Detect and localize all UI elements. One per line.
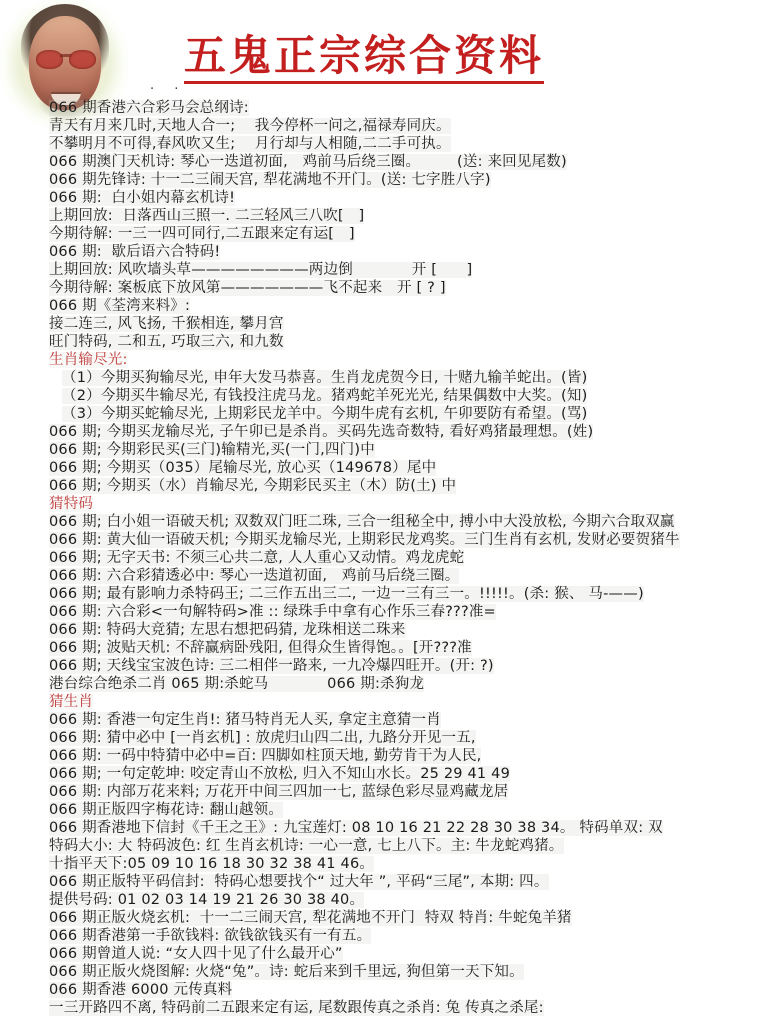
text-line: 066 期: 香港一句定生肖!: 猪马特肖无人买, 拿定主意猜一肖 <box>49 711 757 729</box>
text-line: 066 期: 内部万花来料; 万花开中间三四加一七, 蓝绿色彩尽显鸡藏龙居 <box>49 783 757 801</box>
text-line: 066 期; 今期买（水）肖输尽光, 今期彩民买主（木）防(土) 中 <box>49 477 757 495</box>
text-line-content: 066 期; 无字天书: 不须三心共二意, 人人重心又动情。鸡龙虎蛇 <box>49 550 464 566</box>
text-line-content: （2）今期买牛输尽光, 有钱投注虎马龙。猪鸡蛇羊死光光, 结果偶数中大奖。(知) <box>62 388 587 404</box>
text-line-content: 066 期; 波贴天机: 不辞赢病卧残阳, 但得众生皆得饱。。[开???准 <box>49 640 472 656</box>
page-title: 五鬼正宗综合资料 <box>184 34 544 84</box>
text-line-content: 066 期; 今期买（035）尾输尽光, 放心买（149678）尾中 <box>49 460 436 476</box>
text-line: 猜特码 <box>49 495 757 513</box>
text-line-content: 066 期先锋诗: 十一二三闹天宫, 犁花满地不开门。(送: 七字胜八字) <box>49 172 491 188</box>
text-line-content: 066 期正版火烧玄机: 十一二三闹天宫, 犁花满地不开门 特双 特肖: 牛蛇兔… <box>49 910 572 926</box>
text-line-content: 上期回放: 日落西山三照一. 二三轻风三八吹[ ] <box>49 208 364 224</box>
text-line: 066 期香港六合彩马会总纲诗: <box>49 99 757 117</box>
text-line: 066 期香港 6000 元传真料 <box>49 981 757 999</box>
red-sunglasses <box>35 50 97 70</box>
text-line-content: 066 期正版特平码信封: 特码心想要找个“ 过大年 ”, 平码“三尾”, 本期… <box>49 874 549 890</box>
text-line: 066 期正版火烧玄机: 十一二三闹天宫, 犁花满地不开门 特双 特肖: 牛蛇兔… <box>49 909 757 927</box>
text-line-content: 066 期: 六合彩<一句解特码>准 :: 绿珠手中拿有心作乐三春???准= <box>49 604 496 620</box>
text-line: 066 期: 六合彩猜透必中: 琴心一迭道初面, 鸡前马后绕三圈。 <box>49 567 757 585</box>
text-line: 特码大小: 大 特码波色: 红 生肖玄机诗: 一心一意, 七上八下。主: 牛龙蛇… <box>49 837 757 855</box>
sunglasses-right-lens <box>69 50 96 69</box>
text-body: 066 期香港六合彩马会总纲诗:青天有月来几时,天地人合一; 我今停杯一问之,福… <box>49 99 757 1017</box>
text-line: 066 期香港地下信封《千王之王》: 九宝莲灯: 08 10 16 21 22 … <box>49 819 757 837</box>
text-line: 十指平天下:05 09 10 16 18 30 32 38 41 46。 <box>49 855 757 873</box>
text-line-content: 猜特码 <box>49 496 93 512</box>
text-line: 066 期; 一句定乾坤: 咬定青山不放松, 归入不知山水长。25 29 41 … <box>49 765 757 783</box>
text-line: 066 期正版火烧图解: 火烧“兔”。诗: 蛇后来到千里远, 狗但第一天下知。 <box>49 963 757 981</box>
text-line-content: （3）今期买蛇输尽光, 上期彩民龙羊中。今期牛虎有玄机, 午卯要防有希望。(骂) <box>62 406 587 422</box>
text-line-content: 066 期; 今期买龙输尽光, 子午卯已是杀肖。买码先选奇数特, 看好鸡猪最理想… <box>49 424 593 440</box>
text-line: 066 期香港第一手欲钱料: 欲钱欲钱买有一有五。 <box>49 927 757 945</box>
text-line: 066 期澳门天机诗: 琴心一迭道初面, 鸡前马后绕三圈。 (送: 来回见尾数) <box>49 153 757 171</box>
text-line-content: 066 期香港地下信封《千王之王》: 九宝莲灯: 08 10 16 21 22 … <box>49 820 663 836</box>
text-line-content: 今期待解: 一三一四可同行,二五跟来定有运[ ] <box>49 226 355 242</box>
text-line-content: 066 期澳门天机诗: 琴心一迭道初面, 鸡前马后绕三圈。 (送: 来回见尾数) <box>49 154 567 170</box>
text-line-content: 提供号码: 01 02 03 14 19 21 26 30 38 40。 <box>49 892 364 908</box>
text-line: 今期待解: 一三一四可同行,二五跟来定有运[ ] <box>49 225 757 243</box>
title-dots: · · <box>150 82 186 97</box>
text-line: 上期回放: 风吹墙头草————————两边倒 开 [ ] <box>49 261 757 279</box>
text-line-content: 港台综合绝杀二肖 065 期:杀蛇马 066 期:杀狗龙 <box>49 676 424 692</box>
text-line-content: 猜生肖 <box>49 694 93 710</box>
text-line: 066 期: 六合彩<一句解特码>准 :: 绿珠手中拿有心作乐三春???准= <box>49 603 757 621</box>
text-line-content: 接二连三, 风飞扬, 千猴相连, 攀月宫 <box>49 316 284 332</box>
text-line: 066 期先锋诗: 十一二三闹天宫, 犁花满地不开门。(送: 七字胜八字) <box>49 171 757 189</box>
text-line-content: 不攀明月不可得,春风吹又生; 月行却与人相随,二二手可执。 <box>49 136 451 152</box>
text-line-content: 066 期: 猜中必中 [一肖玄机] : 放虎归山四二出, 九路分开见一五, <box>49 730 476 746</box>
text-line-content: 066 期正版火烧图解: 火烧“兔”。诗: 蛇后来到千里远, 狗但第一天下知。 <box>49 964 524 980</box>
text-line: 今期待解: 案板底下放风第———————飞不起来 开 [ ? ] <box>49 279 757 297</box>
text-line: 066 期《荃湾来料》: <box>49 297 757 315</box>
text-line-content: 生肖输尽光: <box>49 352 128 368</box>
text-line: 066 期: 猜中必中 [一肖玄机] : 放虎归山四二出, 九路分开见一五, <box>49 729 757 747</box>
text-line-content: 旺门特码, 二和五, 巧取三六, 和九数 <box>49 334 284 350</box>
text-line: 066 期: 白小姐内幕玄机诗! <box>49 189 757 207</box>
text-line: 066 期; 今期彩民买(三门)输精光,买(一门,四门)中 <box>49 441 757 459</box>
text-line-content: 066 期: 六合彩猜透必中: 琴心一迭道初面, 鸡前马后绕三圈。 <box>49 568 459 584</box>
text-line-content: 一三开路四不离, 特码前二五跟来定有运, 尾数跟传真之杀肖: 兔 传真之杀尾: <box>49 1000 544 1016</box>
text-line-content: （1）今期买狗输尽光, 申年大发马恭喜。生肖龙虎贺今日, 十赌九输羊蛇出。(皆) <box>62 370 587 386</box>
text-line: 青天有月来几时,天地人合一; 我今停杯一问之,福禄寿同庆。 <box>49 117 757 135</box>
text-line-content: 066 期《荃湾来料》: <box>49 298 190 314</box>
text-line-content: 066 期; 今期买（水）肖输尽光, 今期彩民买主（木）防(土) 中 <box>49 478 456 494</box>
text-line-content: 066 期; 一句定乾坤: 咬定青山不放松, 归入不知山水长。25 29 41 … <box>49 766 510 782</box>
text-line: 生肖输尽光: <box>49 351 757 369</box>
sunglasses-left-lens <box>36 50 63 69</box>
text-line: 猜生肖 <box>49 693 757 711</box>
text-line-content: 066 期: 香港一句定生肖!: 猪马特肖无人买, 拿定主意猜一肖 <box>49 712 441 728</box>
text-line: 066 期; 天线宝宝波色诗: 三二相伴一路来, 一九冷爆四旺开。(开: ?) <box>49 657 757 675</box>
text-line-content: 066 期: 一码中特猜中必中=百: 四脚如柱顶天地, 勤劳肯干为人民, <box>49 748 481 764</box>
text-line-content: 066 期香港 6000 元传真料 <box>49 982 232 998</box>
text-line-content: 上期回放: 风吹墙头草————————两边倒 开 [ ] <box>49 262 472 278</box>
text-line: 066 期: 黄大仙一语破天机; 今期买龙输尽光, 上期彩民龙鸡奖。三门生肖有玄… <box>49 531 757 549</box>
text-line: 旺门特码, 二和五, 巧取三六, 和九数 <box>49 333 757 351</box>
text-line: （1）今期买狗输尽光, 申年大发马恭喜。生肖龙虎贺今日, 十赌九输羊蛇出。(皆) <box>49 369 757 387</box>
text-line: 提供号码: 01 02 03 14 19 21 26 30 38 40。 <box>49 891 757 909</box>
text-line: 066 期; 最有影响力杀特码王; 二三作五出三二, 一边一三有三一。!!!!!… <box>49 585 757 603</box>
text-line-content: 066 期: 内部万花来料; 万花开中间三四加一七, 蓝绿色彩尽显鸡藏龙居 <box>49 784 508 800</box>
text-line: （3）今期买蛇输尽光, 上期彩民龙羊中。今期牛虎有玄机, 午卯要防有希望。(骂) <box>49 405 757 423</box>
text-line: 066 期; 无字天书: 不须三心共二意, 人人重心又动情。鸡龙虎蛇 <box>49 549 757 567</box>
text-line: 066 期曾道人说: “女人四十见了什么最开心” <box>49 945 757 963</box>
text-line-content: 066 期; 今期彩民买(三门)输精光,买(一门,四门)中 <box>49 442 375 458</box>
text-line: 066 期: 特码大竞猜; 左思右想把码猜, 龙珠相送二珠来 <box>49 621 757 639</box>
text-line-content: 066 期香港第一手欲钱料: 欲钱欲钱买有一有五。 <box>49 928 371 944</box>
text-line-content: 066 期: 歇后语六合特码! <box>49 244 220 260</box>
text-line: 066 期; 今期买龙输尽光, 子午卯已是杀肖。买码先选奇数特, 看好鸡猪最理想… <box>49 423 757 441</box>
text-line-content: 066 期; 最有影响力杀特码王; 二三作五出三二, 一边一三有三一。!!!!!… <box>49 586 644 602</box>
text-line: 066 期; 白小姐一语破天机; 双数双门旺二珠, 三合一组秘全中, 搏小中大没… <box>49 513 757 531</box>
text-line: 上期回放: 日落西山三照一. 二三轻风三八吹[ ] <box>49 207 757 225</box>
text-line-content: 青天有月来几时,天地人合一; 我今停杯一问之,福禄寿同庆。 <box>49 118 451 134</box>
text-line-content: 066 期正版四字梅花诗: 翻山越领。 <box>49 802 283 818</box>
text-line: 066 期: 歇后语六合特码! <box>49 243 757 261</box>
text-line: 066 期: 一码中特猜中必中=百: 四脚如柱顶天地, 勤劳肯干为人民, <box>49 747 757 765</box>
text-line-content: 066 期: 特码大竞猜; 左思右想把码猜, 龙珠相送二珠来 <box>49 622 406 638</box>
text-line: 066 期; 波贴天机: 不辞赢病卧残阳, 但得众生皆得饱。。[开???准 <box>49 639 757 657</box>
text-line: （2）今期买牛输尽光, 有钱投注虎马龙。猪鸡蛇羊死光光, 结果偶数中大奖。(知) <box>49 387 757 405</box>
text-line-content: 十指平天下:05 09 10 16 18 30 32 38 41 46。 <box>49 856 374 872</box>
text-line-content: 066 期曾道人说: “女人四十见了什么最开心” <box>49 946 343 962</box>
text-line: 港台综合绝杀二肖 065 期:杀蛇马 066 期:杀狗龙 <box>49 675 757 693</box>
text-line: 一三开路四不离, 特码前二五跟来定有运, 尾数跟传真之杀肖: 兔 传真之杀尾: <box>49 999 757 1017</box>
text-line: 接二连三, 风飞扬, 千猴相连, 攀月宫 <box>49 315 757 333</box>
text-line-content: 066 期: 黄大仙一语破天机; 今期买龙输尽光, 上期彩民龙鸡奖。三门生肖有玄… <box>49 532 680 548</box>
text-line-content: 特码大小: 大 特码波色: 红 生肖玄机诗: 一心一意, 七上八下。主: 牛龙蛇… <box>49 838 564 854</box>
text-line-content: 066 期; 白小姐一语破天机; 双数双门旺二珠, 三合一组秘全中, 搏小中大没… <box>49 514 675 530</box>
text-line-content: 066 期香港六合彩马会总纲诗: <box>49 100 249 116</box>
text-line: 066 期正版四字梅花诗: 翻山越领。 <box>49 801 757 819</box>
text-line: 066 期正版特平码信封: 特码心想要找个“ 过大年 ”, 平码“三尾”, 本期… <box>49 873 757 891</box>
text-line-content: 066 期: 白小姐内幕玄机诗! <box>49 190 235 206</box>
text-line-content: 066 期; 天线宝宝波色诗: 三二相伴一路来, 一九冷爆四旺开。(开: ?) <box>49 658 494 674</box>
text-line-content: 今期待解: 案板底下放风第———————飞不起来 开 [ ? ] <box>49 280 446 296</box>
text-line: 066 期; 今期买（035）尾输尽光, 放心买（149678）尾中 <box>49 459 757 477</box>
text-line: 不攀明月不可得,春风吹又生; 月行却与人相随,二二手可执。 <box>49 135 757 153</box>
